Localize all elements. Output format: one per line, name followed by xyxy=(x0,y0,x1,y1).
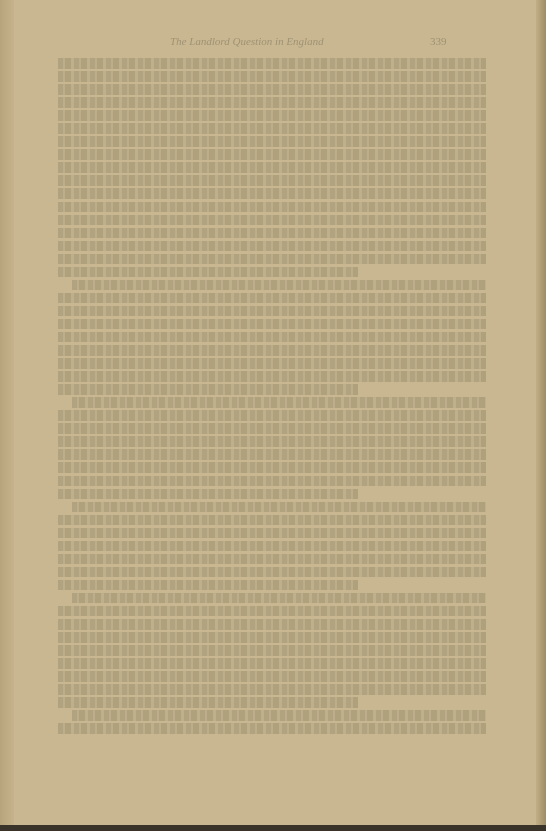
text-line xyxy=(58,658,486,669)
text-line xyxy=(58,541,486,552)
text-line xyxy=(58,175,486,186)
text-line xyxy=(58,384,358,395)
text-line xyxy=(58,84,486,95)
text-line xyxy=(58,645,486,656)
text-line xyxy=(58,671,486,682)
text-line xyxy=(58,97,486,108)
text-line xyxy=(58,110,486,121)
text-line xyxy=(72,593,486,604)
text-line xyxy=(58,684,486,695)
text-line xyxy=(58,423,486,434)
text-line xyxy=(58,697,358,708)
text-line xyxy=(58,319,486,330)
text-line xyxy=(58,136,486,147)
text-line xyxy=(72,280,486,291)
text-line xyxy=(58,188,486,199)
text-line xyxy=(58,58,486,69)
text-line xyxy=(58,358,486,369)
scan-border xyxy=(0,825,546,831)
page-edge xyxy=(536,0,546,831)
text-line xyxy=(58,241,486,252)
text-line xyxy=(58,293,486,304)
text-line xyxy=(58,515,486,526)
page-gutter xyxy=(0,0,14,831)
book-page: The Landlord Question in England 339 xyxy=(0,0,546,831)
running-header: The Landlord Question in England xyxy=(170,36,324,48)
text-line xyxy=(58,215,486,226)
text-line xyxy=(58,371,486,382)
text-line xyxy=(72,502,486,513)
text-line xyxy=(58,462,486,473)
text-line xyxy=(72,710,486,721)
text-line xyxy=(58,567,486,578)
text-line xyxy=(58,267,358,278)
body-text xyxy=(58,58,486,736)
text-line xyxy=(58,123,486,134)
text-line xyxy=(58,449,486,460)
page-number: 339 xyxy=(430,36,447,48)
text-line xyxy=(58,554,486,565)
text-line xyxy=(58,410,486,421)
text-line xyxy=(58,606,486,617)
text-line xyxy=(58,489,358,500)
text-line xyxy=(58,476,486,487)
text-line xyxy=(58,332,486,343)
text-line xyxy=(58,228,486,239)
text-line xyxy=(58,149,486,160)
text-line xyxy=(58,71,486,82)
text-line xyxy=(58,580,358,591)
text-line xyxy=(58,632,486,643)
text-line xyxy=(58,306,486,317)
text-line xyxy=(58,528,486,539)
text-line xyxy=(58,202,486,213)
text-line xyxy=(58,162,486,173)
text-line xyxy=(58,254,486,265)
text-line xyxy=(58,723,486,734)
text-line xyxy=(58,619,486,630)
text-line xyxy=(72,397,486,408)
text-line xyxy=(58,436,486,447)
text-line xyxy=(58,345,486,356)
